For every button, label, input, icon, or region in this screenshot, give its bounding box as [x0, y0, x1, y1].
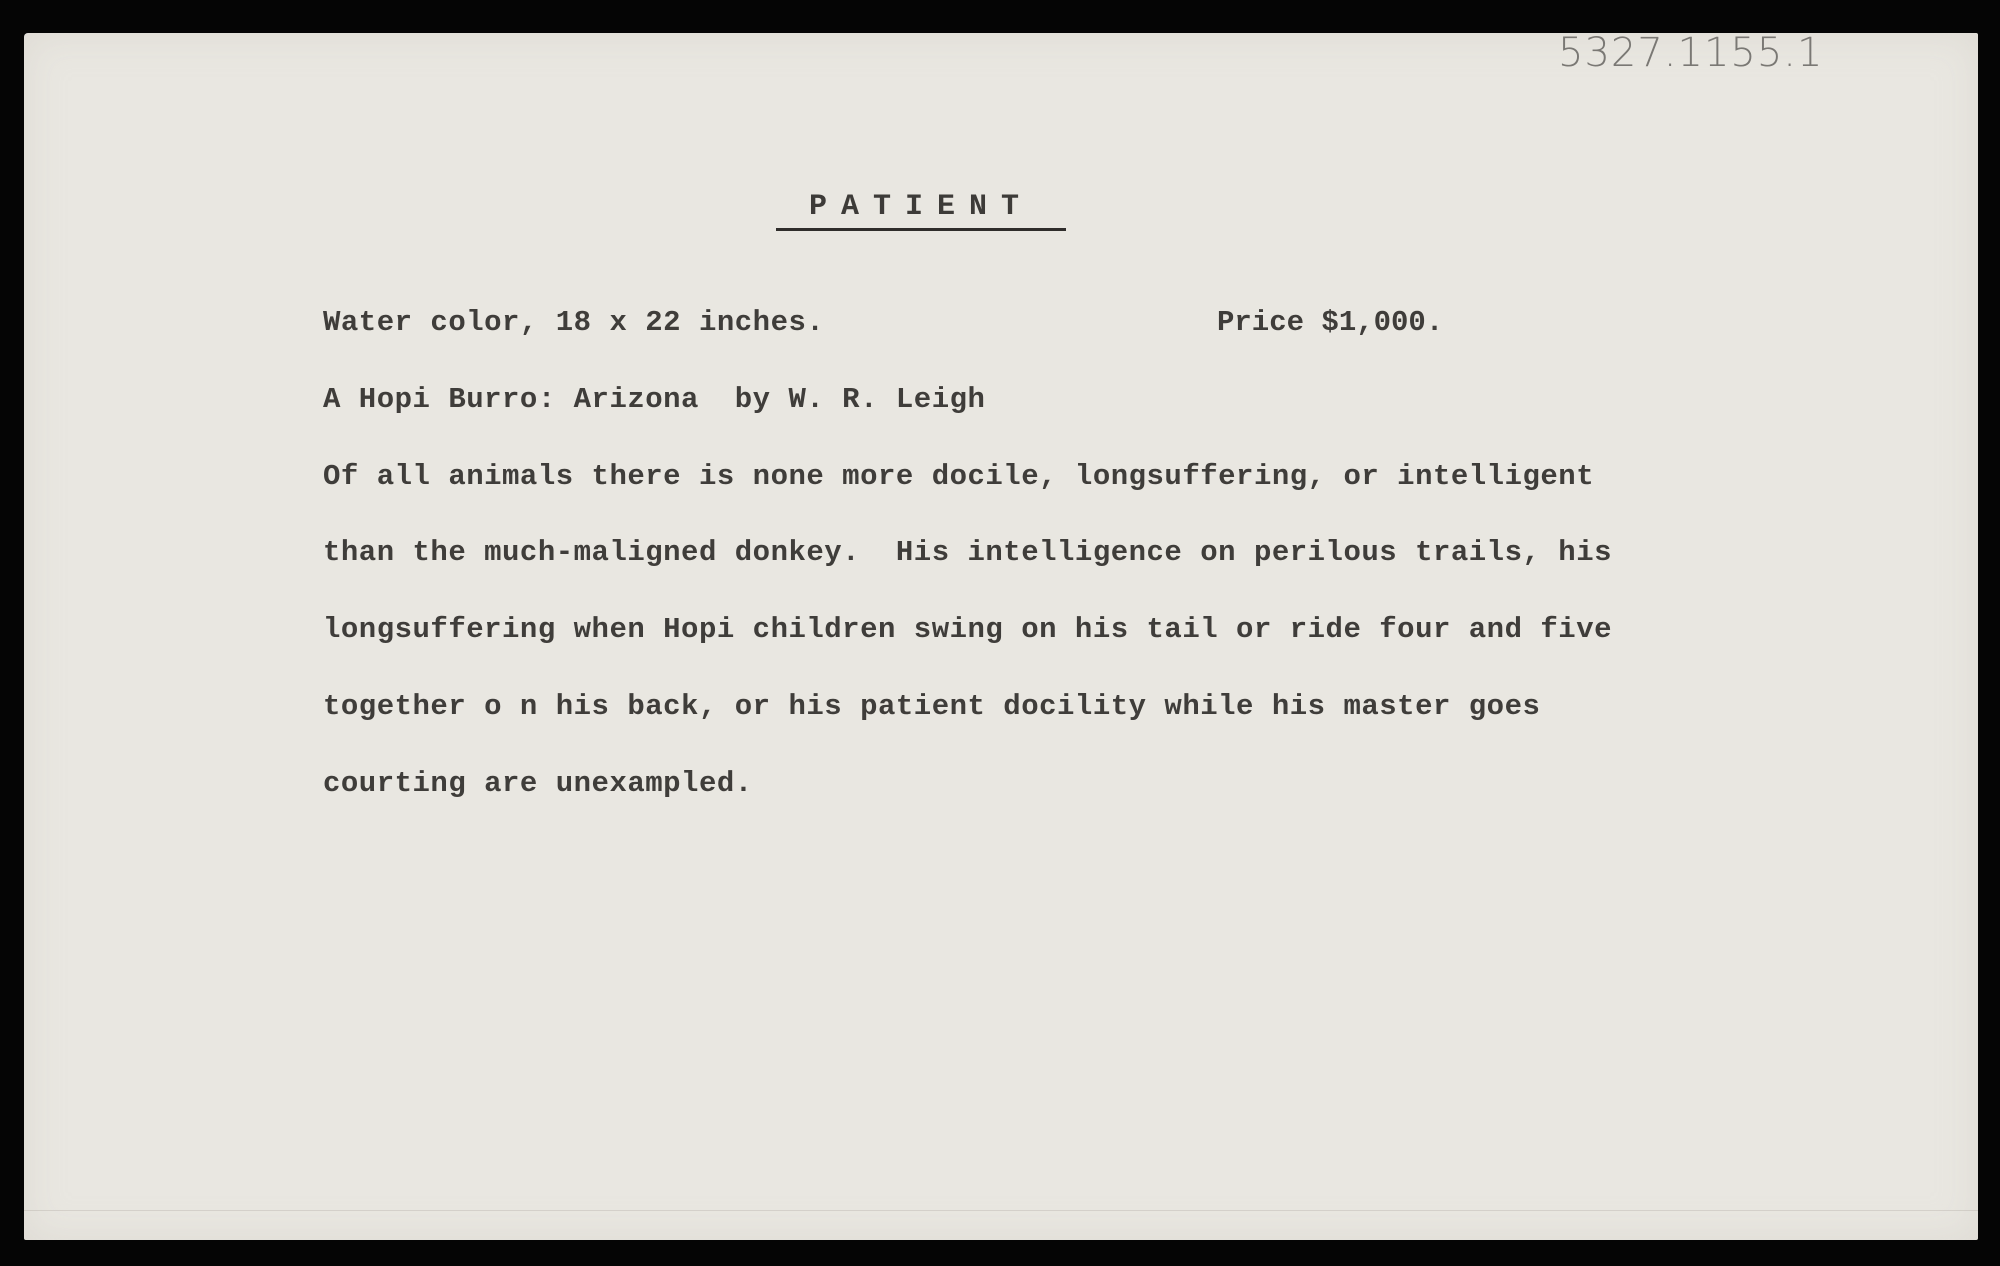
- accession-number: 5327.1155.1: [1558, 30, 1823, 76]
- body-line: longsuffering when Hopi children swing o…: [323, 613, 1612, 646]
- body-line: courting are unexampled.: [323, 767, 753, 800]
- paper-fold-line: [24, 1210, 1978, 1211]
- body-line: together o n his back, or his patient do…: [323, 690, 1540, 723]
- page-title: PATIENT: [776, 190, 1066, 231]
- body-line: Of all animals there is none more docile…: [323, 460, 1594, 493]
- price-text: Price $1,000.: [1217, 306, 1443, 339]
- medium-line: Water color, 18 x 22 inches.: [323, 306, 824, 339]
- body-line: than the much-maligned donkey. His intel…: [323, 536, 1612, 569]
- subtitle-line: A Hopi Burro: Arizona by W. R. Leigh: [323, 383, 985, 416]
